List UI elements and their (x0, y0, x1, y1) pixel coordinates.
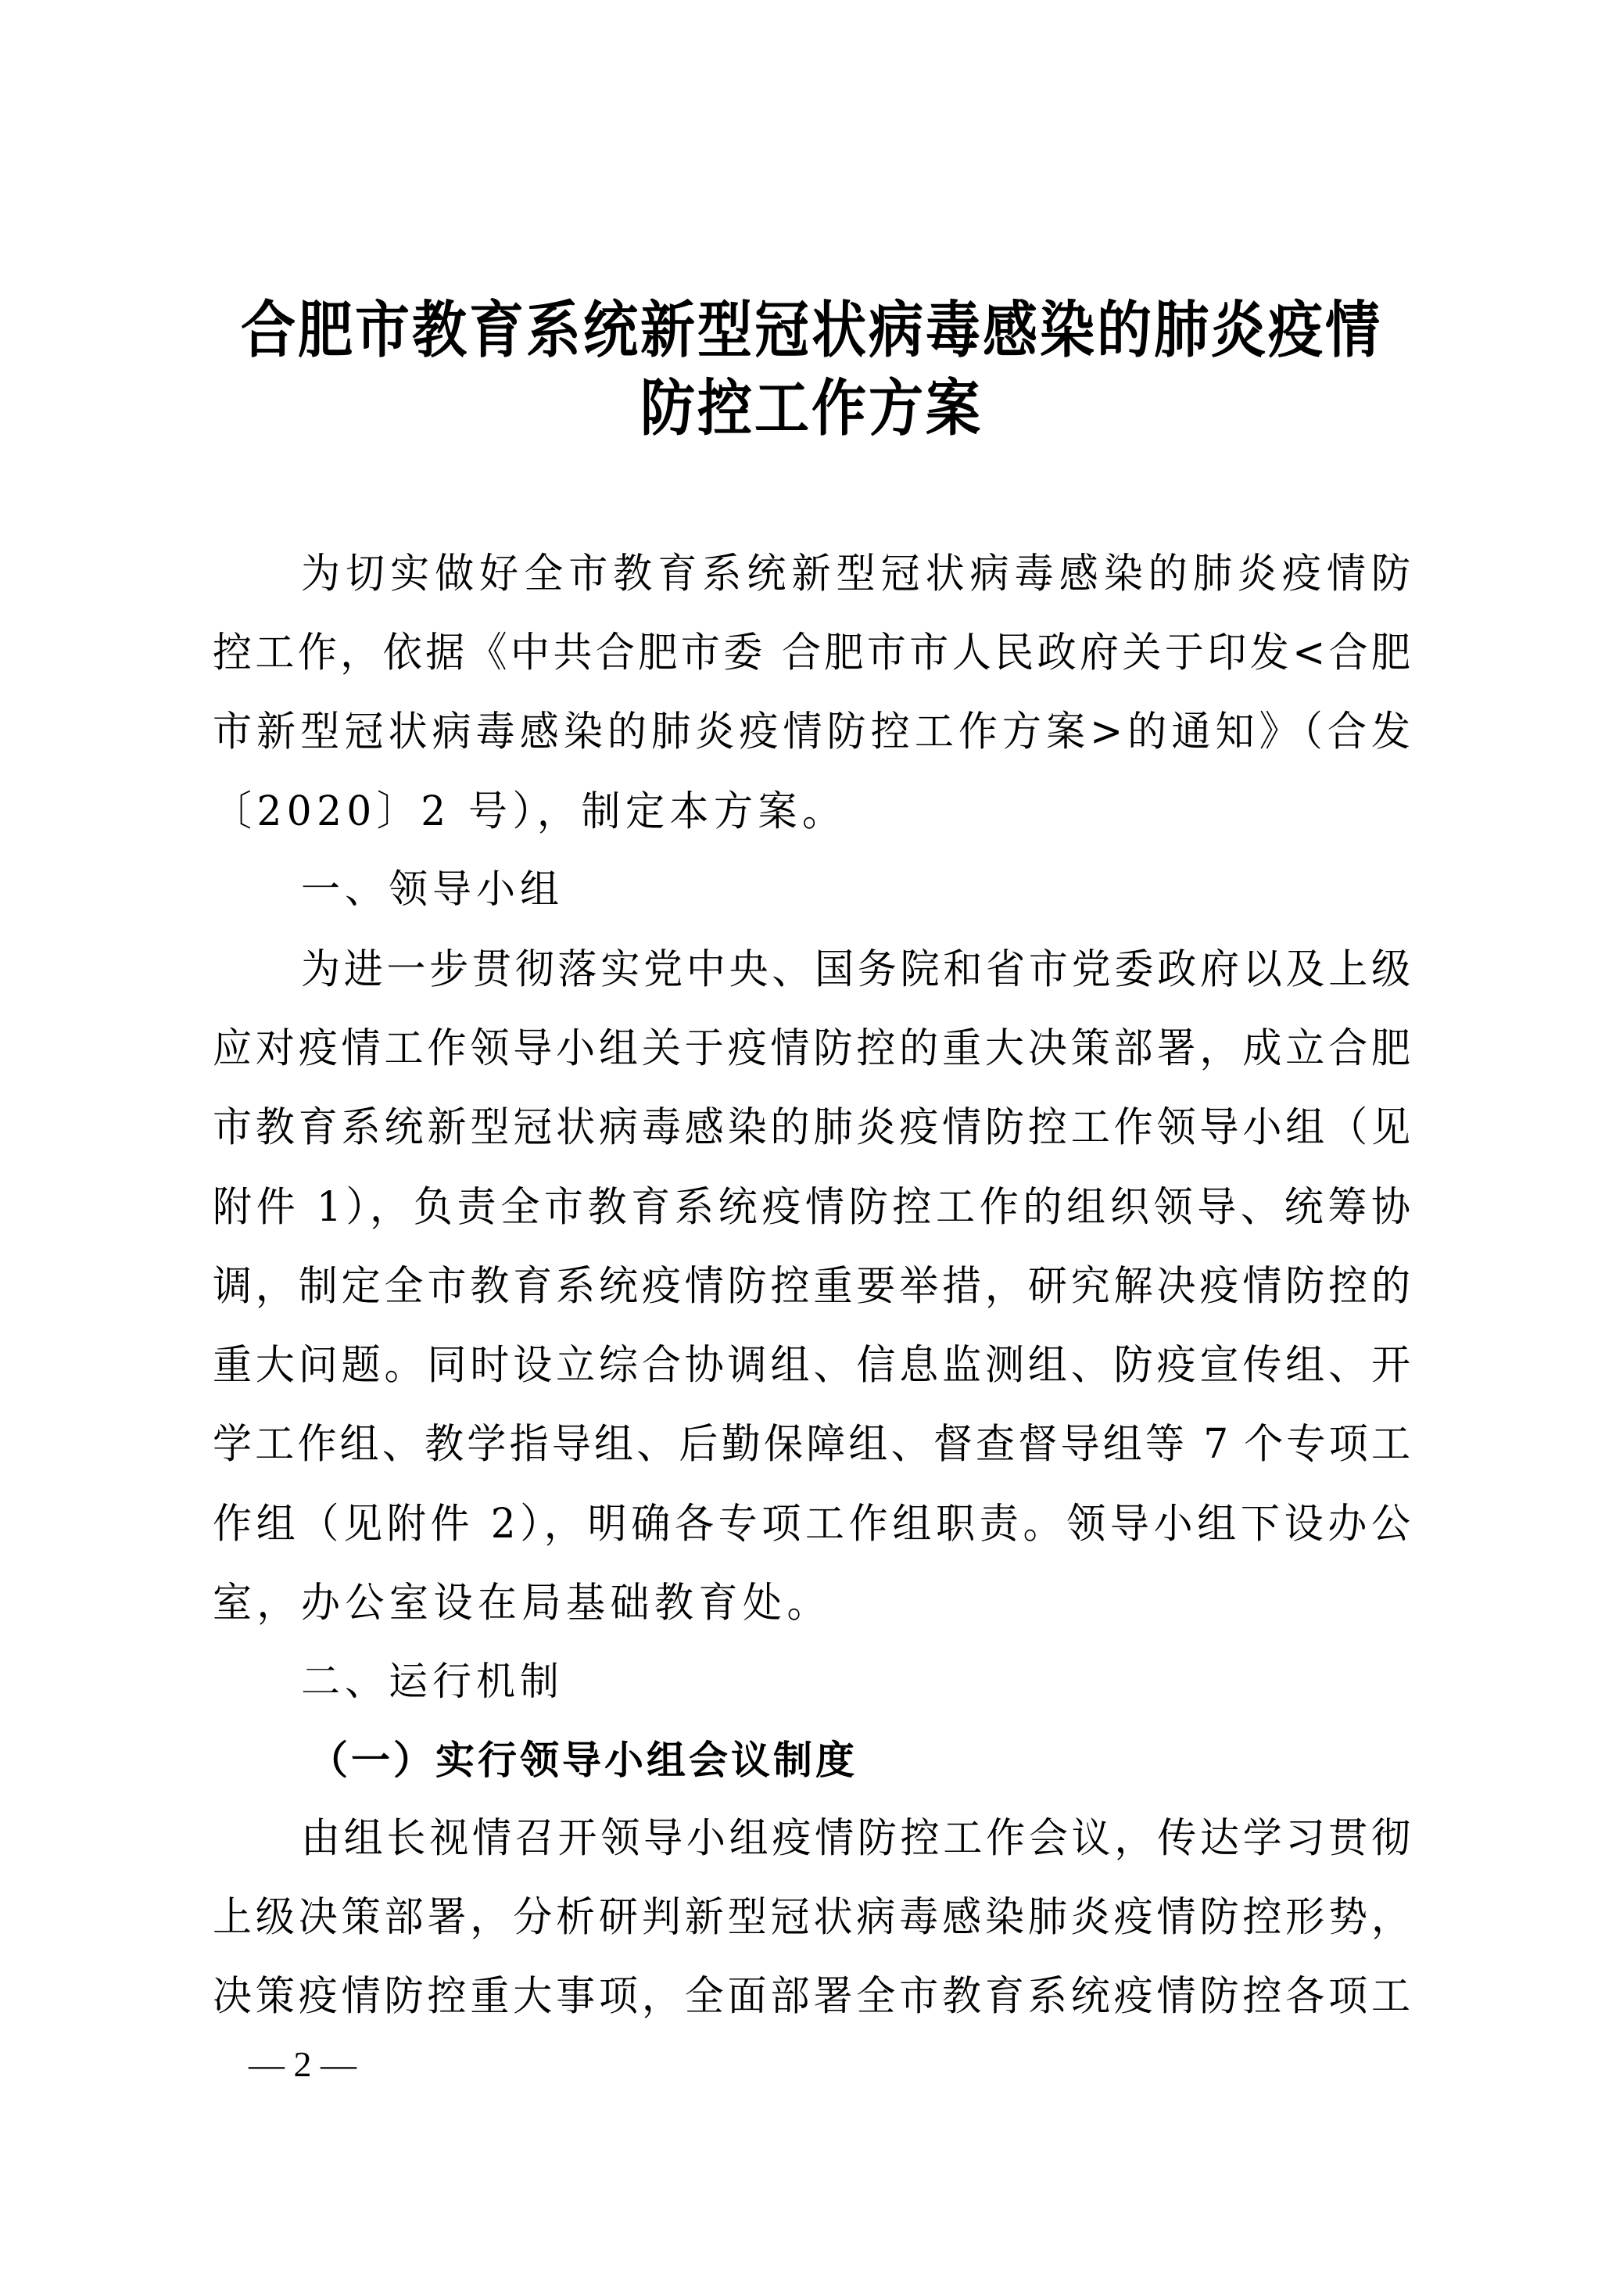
section-heading-operating-mechanism: 二、运行机制 (301, 1650, 564, 1713)
section1-line-8: 作组（见附件 2），明确各专项工作组职责。领导小组下设办公 (213, 1491, 1410, 1556)
document-title-line-1: 合肥市教育系统新型冠状病毒感染的肺炎疫情 (213, 288, 1410, 372)
section1-line-7: 学工作组、教学指导组、后勤保障组、督查督导组等 7 个专项工 (213, 1411, 1410, 1476)
section1-line-5: 调，制定全市教育系统疫情防控重要举措，研究解决疫情防控的 (213, 1253, 1410, 1318)
document-title-line-2: 防控工作方案 (213, 366, 1410, 450)
section-heading-leadership-group: 一、领导小组 (301, 858, 564, 920)
page-number: — 2 — (249, 2041, 356, 2088)
preamble-line-2: 控工作，依据《中共合肥市委 合肥市市人民政府关于印发<合肥 (213, 619, 1410, 685)
document-page: 合肥市教育系统新型冠状病毒感染的肺炎疫情 防控工作方案 为切实做好全市教育系统新… (0, 0, 1623, 2296)
section1-line-2: 应对疫情工作领导小组关于疫情防控的重大决策部署，成立合肥 (213, 1015, 1410, 1081)
preamble-line-4: 〔2020〕2 号），制定本方案。 (213, 778, 1410, 844)
section1-line-1: 为进一步贯彻落实党中央、国务院和省市党委政府以及上级 (301, 936, 1410, 1002)
subsection1-line-1: 由组长视情召开领导小组疫情防控工作会议，传达学习贯彻 (301, 1805, 1410, 1871)
section1-line-6: 重大问题。同时设立综合协调组、信息监测组、防疫宣传组、开 (213, 1332, 1410, 1397)
section1-line-3: 市教育系统新型冠状病毒感染的肺炎疫情防控工作领导小组（见 (213, 1094, 1410, 1160)
preamble-line-3: 市新型冠状病毒感染的肺炎疫情防控工作方案>的通知》（合发 (213, 698, 1410, 764)
preamble-line-1: 为切实做好全市教育系统新型冠状病毒感染的肺炎疫情防 (301, 540, 1410, 606)
subsection1-line-3: 决策疫情防控重大事项，全面部署全市教育系统疫情防控各项工 (213, 1963, 1410, 2029)
section1-line-9: 室，办公室设在局基础教育处。 (213, 1570, 1410, 1635)
section1-line-4: 附件 1），负责全市教育系统疫情防控工作的组织领导、统筹协 (213, 1174, 1410, 1239)
subsection-heading-meeting-system: （一）实行领导小组会议制度 (309, 1729, 858, 1792)
subsection1-line-2: 上级决策部署，分析研判新型冠状病毒感染肺炎疫情防控形势， (213, 1884, 1410, 1950)
